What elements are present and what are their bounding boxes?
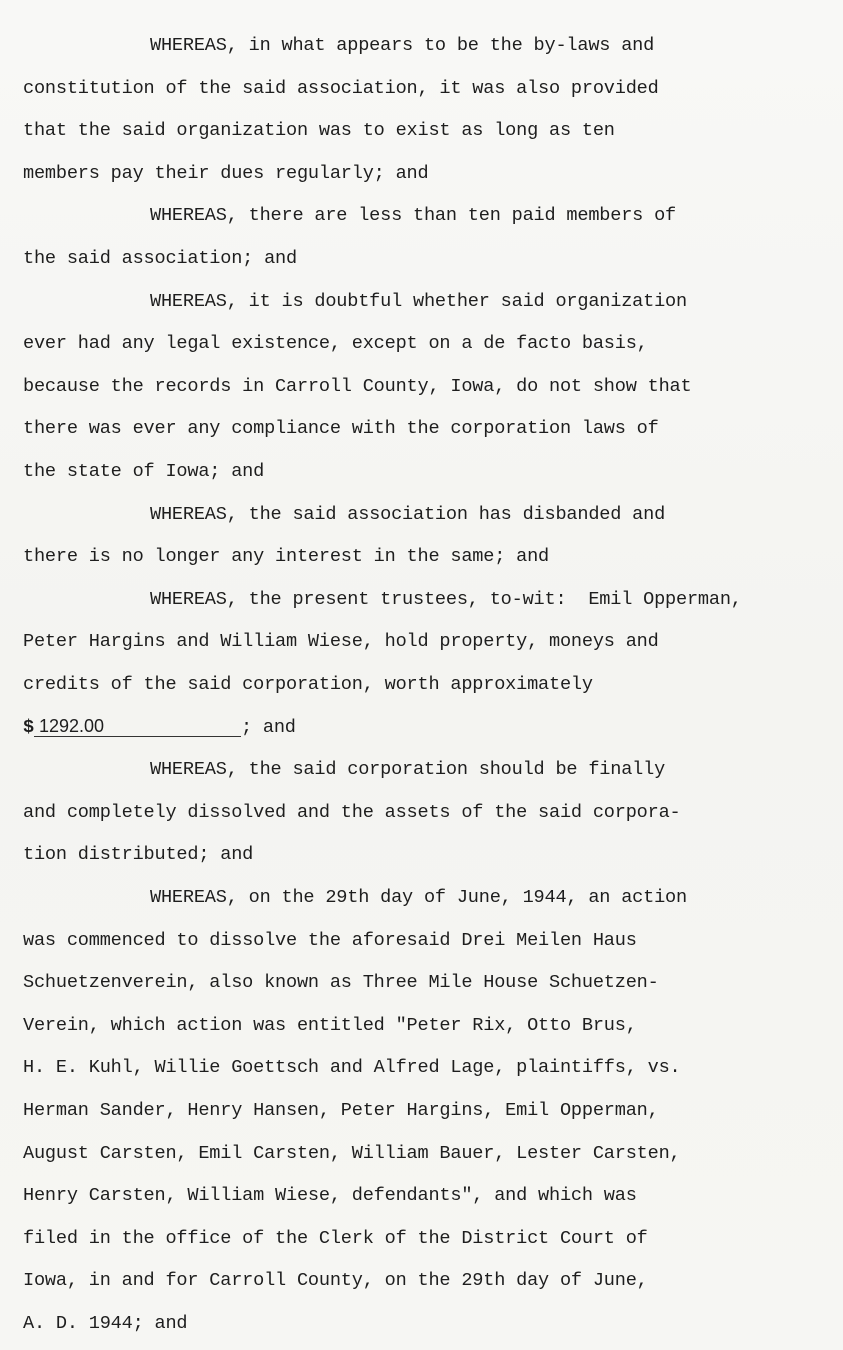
amount-value: 1292.00 <box>34 716 241 737</box>
text-line: members pay their dues regularly; and <box>23 162 428 186</box>
document-page: WHEREAS, in what appears to be the by-la… <box>0 0 843 1350</box>
text-line: that the said organization was to exist … <box>23 119 615 143</box>
paragraph-first-line: WHEREAS, the said corporation should be … <box>150 758 665 782</box>
text-line: there was ever any compliance with the c… <box>23 417 659 441</box>
text-line: Schuetzenverein, also known as Three Mil… <box>23 971 659 995</box>
paragraph-first-line: WHEREAS, it is doubtful whether said org… <box>150 290 687 314</box>
paragraph-first-line: WHEREAS, in what appears to be the by-la… <box>150 34 654 58</box>
text-line: Verein, which action was entitled "Peter… <box>23 1014 637 1038</box>
text-line: the said association; and <box>23 247 297 271</box>
text-line: Herman Sander, Henry Hansen, Peter Hargi… <box>23 1099 659 1123</box>
text-line: because the records in Carroll County, I… <box>23 375 691 399</box>
text-line: filed in the office of the Clerk of the … <box>23 1227 648 1251</box>
text-line: constitution of the said association, it… <box>23 77 659 101</box>
text-line: tion distributed; and <box>23 843 253 867</box>
paragraph-first-line: WHEREAS, the said association has disban… <box>150 503 665 527</box>
paragraph-first-line: WHEREAS, the present trustees, to-wit: E… <box>150 588 742 612</box>
text-line: was commenced to dissolve the aforesaid … <box>23 929 637 953</box>
paragraph-first-line: WHEREAS, on the 29th day of June, 1944, … <box>150 886 687 910</box>
text-line: the state of Iowa; and <box>23 460 264 484</box>
text-line: H. E. Kuhl, Willie Goettsch and Alfred L… <box>23 1056 680 1080</box>
amount-line: $ 1292.00; and <box>23 716 296 740</box>
text-line: ever had any legal existence, except on … <box>23 332 648 356</box>
text-line: and completely dissolved and the assets … <box>23 801 680 825</box>
text-line: Peter Hargins and William Wiese, hold pr… <box>23 630 659 654</box>
currency-symbol: $ <box>23 717 34 738</box>
text-line: there is no longer any interest in the s… <box>23 545 549 569</box>
text-line: Iowa, in and for Carroll County, on the … <box>23 1269 648 1293</box>
amount-suffix: ; and <box>241 717 296 738</box>
paragraph-first-line: WHEREAS, there are less than ten paid me… <box>150 204 676 228</box>
text-line: Henry Carsten, William Wiese, defendants… <box>23 1184 637 1208</box>
text-line: A. D. 1944; and <box>23 1312 187 1336</box>
text-line: credits of the said corporation, worth a… <box>23 673 593 697</box>
text-line: August Carsten, Emil Carsten, William Ba… <box>23 1142 680 1166</box>
